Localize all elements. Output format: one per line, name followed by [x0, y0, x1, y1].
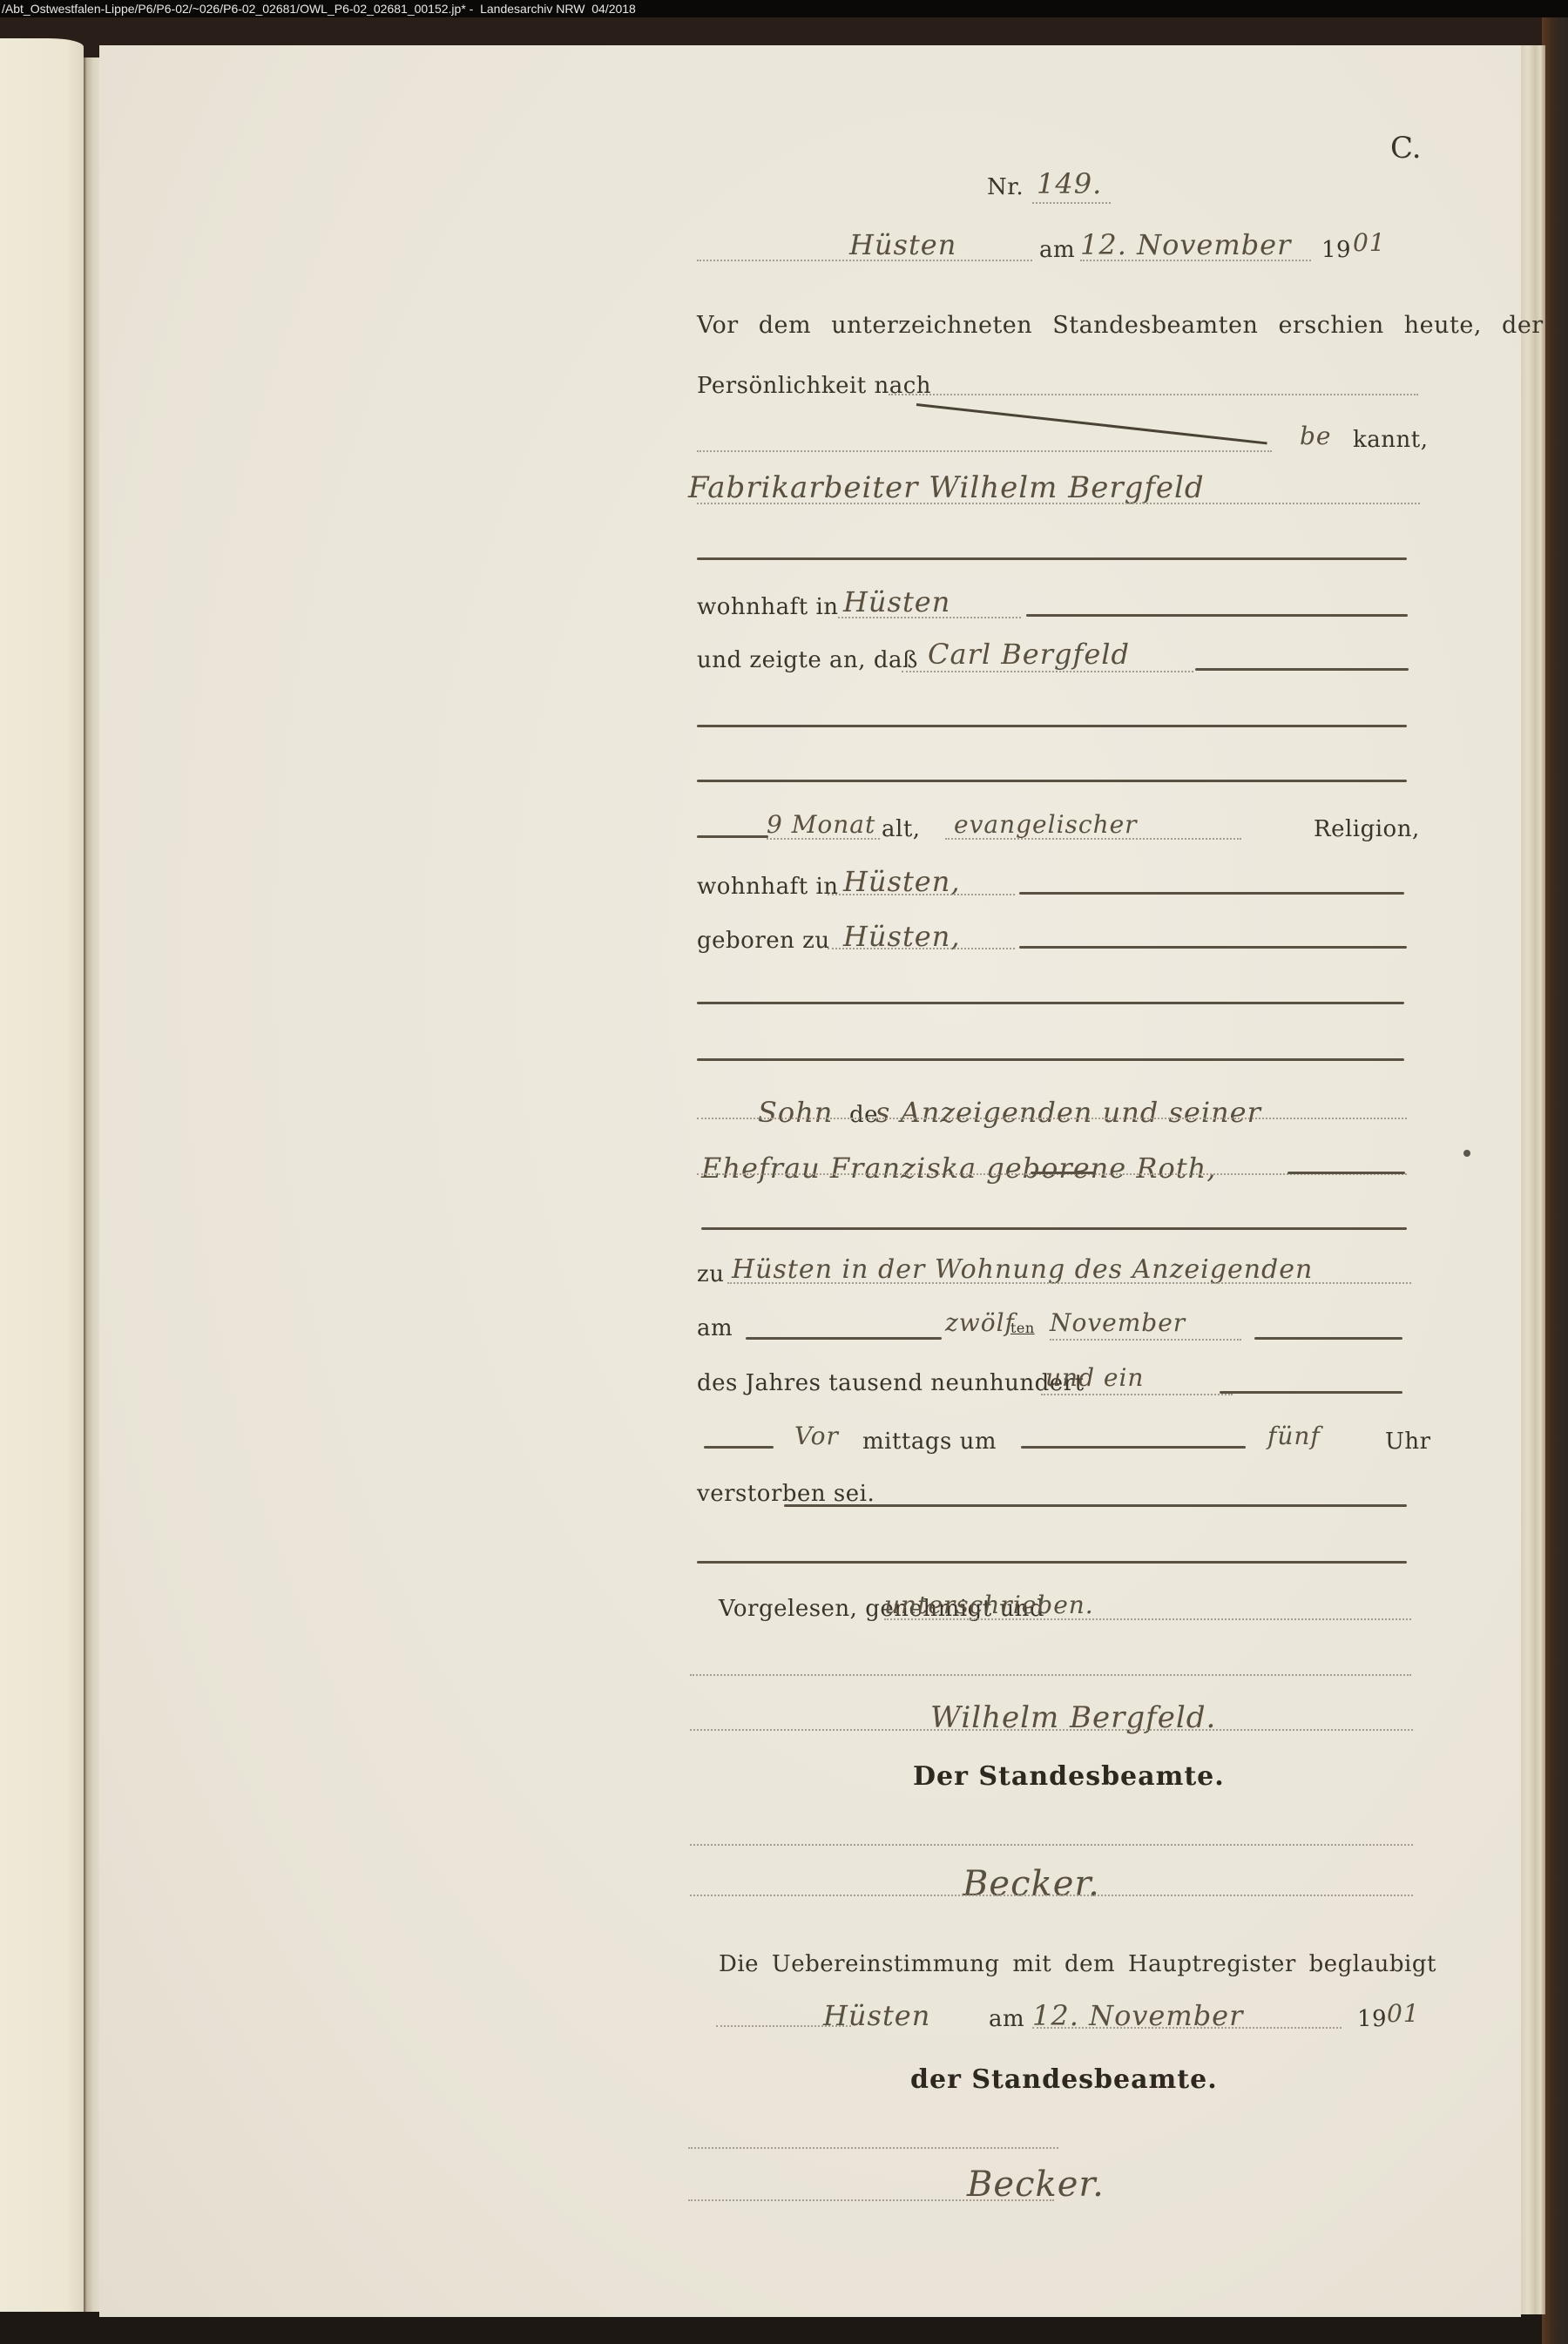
blank-line: [697, 1002, 1404, 1004]
blank-line: [697, 557, 1407, 560]
date-day-blankline: [746, 1337, 942, 1340]
deceased-residence-dotline: [828, 894, 1015, 895]
deceased-name: Carl Bergfeld: [928, 638, 1130, 671]
died-blankline: [784, 1504, 1407, 1507]
reported-label: und zeigte an, daß: [697, 647, 918, 673]
informant-name: Fabrikarbeiter Wilhelm Bergfeld: [688, 470, 1205, 505]
place-value: Hüsten: [849, 228, 956, 261]
cert-registrar-heading: der Standesbeamte.: [910, 2064, 1218, 2095]
time-value: fünf: [1267, 1422, 1321, 1450]
parents-line2: Ehefrau Franziska geborene Roth,: [701, 1152, 1216, 1185]
time-blankline: [1021, 1446, 1246, 1449]
blank-line: [701, 1227, 1407, 1230]
read-value: unterschrieben.: [884, 1591, 1094, 1619]
window-title-bar: /Abt_Ostwestfalen-Lippe/P6/P6-02/~026/P6…: [0, 0, 1568, 17]
time-prefix-blankline: [704, 1446, 774, 1449]
cert-year-prefix: 19: [1357, 2006, 1387, 2032]
parents-line1-rest: s Anzeigenden und seiner: [875, 1096, 1261, 1129]
blank-line: [697, 1058, 1404, 1061]
blank-line: [697, 780, 1407, 782]
date-month: November: [1050, 1308, 1186, 1337]
deceased-residence-blankline: [1019, 892, 1404, 895]
blank-line: [697, 725, 1407, 727]
age-blankline: [697, 835, 768, 838]
cert-year-suffix: 01: [1387, 1999, 1420, 2028]
known-suffix: kannt,: [1353, 427, 1428, 453]
book-cover-edge: [1542, 17, 1568, 2344]
blank-line: [697, 1561, 1407, 1564]
date-month-blankline: [1254, 1337, 1402, 1340]
year-suffix: 01: [1353, 228, 1386, 257]
cert-place: Hüsten: [823, 1999, 930, 2032]
age-label: alt,: [882, 816, 921, 842]
known-prefix: be: [1300, 422, 1332, 450]
residence-blankline: [1026, 614, 1408, 617]
date-month-dotline: [1050, 1339, 1241, 1341]
cert-am-label: am: [989, 2006, 1024, 2032]
year-dotline: [1041, 1394, 1233, 1395]
religion-label: Religion,: [1314, 816, 1420, 842]
record-number: 149.: [1037, 167, 1102, 200]
age-dotline: [767, 838, 880, 840]
religion-value: evangelischer: [954, 810, 1138, 839]
intro-line: Vor dem unterzeichneten Standesbeamten e…: [697, 312, 1544, 339]
date-of-death-label: am: [697, 1315, 733, 1341]
age-value: 9 Monat: [767, 810, 875, 839]
parents-line1-sohn: Sohn: [758, 1096, 833, 1129]
year-prefix: 19: [1321, 237, 1351, 263]
year-value: und ein: [1045, 1363, 1144, 1392]
place-of-death-value: Hüsten in der Wohnung des Anzeigenden: [732, 1254, 1313, 1285]
registrar-signature: Becker.: [963, 1864, 1100, 1904]
date-value: 12. November: [1080, 228, 1291, 261]
year-blankline: [1220, 1391, 1402, 1394]
signature-dotline-top: [690, 1674, 1411, 1676]
cert-signature-dotline-bottom: [688, 2199, 1054, 2201]
born-blankline: [1019, 946, 1407, 949]
informant-dotline: [697, 503, 1420, 504]
page-stack-edges: [1521, 45, 1545, 2314]
date-day: zwölf: [945, 1308, 1015, 1337]
cert-date-dotline: [1032, 2027, 1342, 2029]
certification-line: Die Uebereinstimmung mit dem Hauptregist…: [719, 1951, 1436, 1977]
am-label: am: [1039, 237, 1075, 263]
known-dotline: [697, 450, 1272, 452]
book-gutter: [84, 57, 99, 2312]
registrar-signature-dotline-top: [690, 1844, 1413, 1846]
deceased-residence-label: wohnhaft in: [697, 874, 839, 900]
deceased-blankline: [1195, 668, 1409, 671]
parents-dotline-1: [697, 1118, 1407, 1119]
parents-blankline: [1031, 1172, 1096, 1174]
deceased-dotline: [902, 671, 1193, 672]
parents-blankline-end: [1288, 1172, 1405, 1174]
residence-dotline: [838, 617, 1021, 618]
signature-dotline-bottom: [690, 1729, 1413, 1731]
registrar-signature-dotline-bottom: [690, 1895, 1413, 1896]
time-prefix: Vor: [794, 1422, 839, 1450]
place-of-death-dotline: [727, 1282, 1411, 1284]
date-dotline: [1080, 260, 1311, 261]
born-label: geboren zu: [697, 928, 830, 954]
left-page: [0, 38, 84, 2312]
number-label: Nr.: [987, 174, 1024, 200]
registrar-heading: Der Standesbeamte.: [913, 1761, 1225, 1792]
date-ten-suffix: ten: [1010, 1320, 1035, 1336]
cert-signature-dotline-top: [688, 2147, 1058, 2149]
residence-label: wohnhaft in: [697, 594, 839, 620]
ink-dot-mark: [1463, 1150, 1470, 1157]
residence-value: Hüsten: [843, 585, 950, 618]
year-label: des Jahres tausend neunhundert: [697, 1370, 1085, 1396]
born-dotline: [828, 948, 1015, 949]
religion-dotline: [945, 838, 1241, 840]
time-unit: Uhr: [1385, 1429, 1431, 1455]
form-letter: C.: [1390, 131, 1422, 165]
time-label: mittags um: [862, 1429, 997, 1455]
read-dotline: [884, 1618, 1411, 1620]
parents-line1-de: de: [849, 1102, 878, 1128]
number-underline: [1032, 202, 1111, 204]
personality-dotline: [889, 394, 1418, 395]
place-of-death-label: zu: [697, 1261, 724, 1287]
died-label: verstorben sei.: [697, 1481, 875, 1507]
